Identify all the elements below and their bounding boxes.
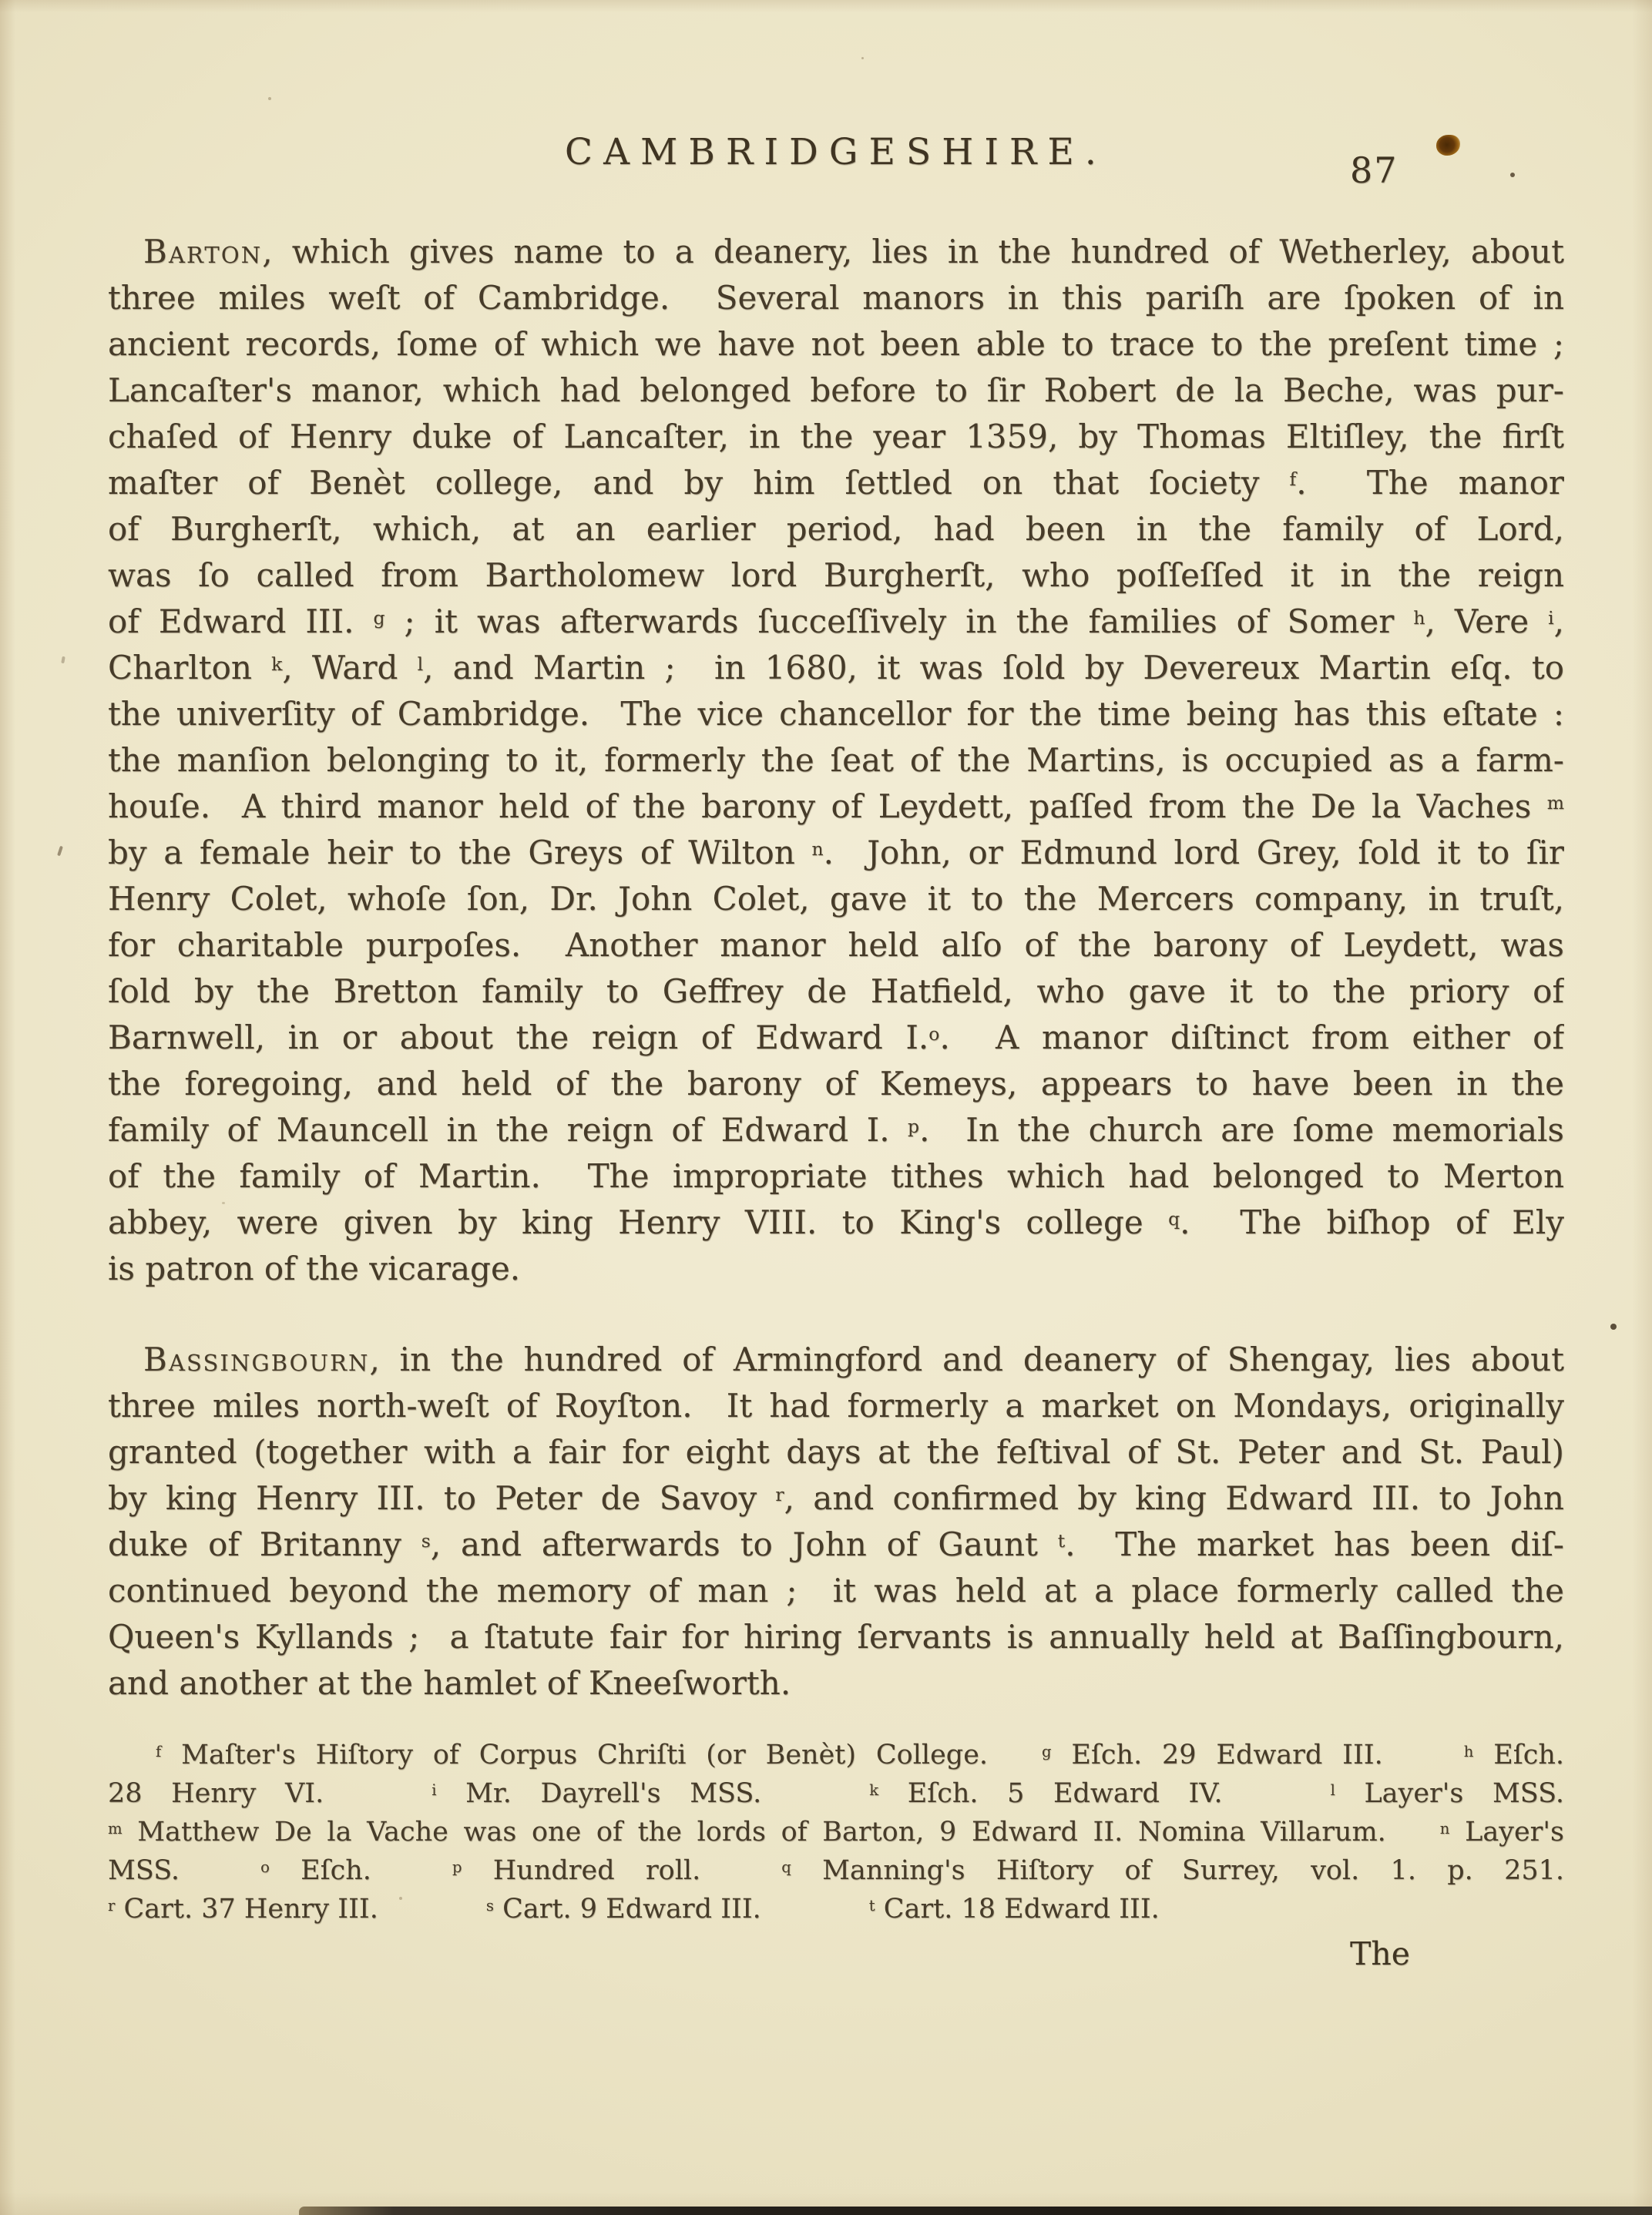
text-line: of the family of Martin. The impropriate… bbox=[108, 1153, 1564, 1200]
text-line: duke of Britanny s, and afterwards to Jo… bbox=[108, 1522, 1564, 1568]
paper-speck bbox=[1610, 1324, 1617, 1330]
text-line: ſold by the Bretton family to Geffrey de… bbox=[108, 968, 1564, 1015]
text-line: Bassingbourn, in the hundred of Armingfo… bbox=[108, 1337, 1564, 1383]
text-line: Barnwell, in or about the reign of Edwar… bbox=[108, 1015, 1564, 1061]
text-line: m Matthew De la Vache was one of the lor… bbox=[108, 1813, 1564, 1851]
paper-speck bbox=[222, 1202, 225, 1204]
body-paragraph-barton: Barton, which gives name to a deanery, l… bbox=[108, 229, 1564, 1292]
text-line: by king Henry III. to Peter de Savoy r, … bbox=[108, 1475, 1564, 1522]
text-line: continued beyond the memory of man ; it … bbox=[108, 1568, 1564, 1614]
text-line: three miles north-weſt of Royſton. It ha… bbox=[108, 1383, 1564, 1429]
text-line: granted (together with a fair for eight … bbox=[108, 1429, 1564, 1475]
page-number: 87 bbox=[1350, 149, 1442, 191]
paper-speck bbox=[1510, 173, 1515, 177]
paper-speck bbox=[861, 57, 864, 59]
text-line: the univerſity of Cambridge. The vice ch… bbox=[108, 691, 1564, 737]
text-line: ancient records, ſome of which we have n… bbox=[108, 321, 1564, 367]
book-page-scan: CAMBRIDGESHIRE. 87 Barton, which gives n… bbox=[0, 0, 1652, 2215]
text-line: r Cart. 37 Henry III. s Cart. 9 Edward I… bbox=[108, 1890, 1564, 1928]
paper-speck bbox=[268, 97, 271, 100]
text-line: and another at the hamlet of Kneeſworth. bbox=[108, 1660, 1564, 1707]
text-line: Henry Colet, whoſe ſon, Dr. John Colet, … bbox=[108, 876, 1564, 922]
running-title: CAMBRIDGESHIRE. bbox=[108, 131, 1564, 173]
text-line: abbey, were given by king Henry VIII. to… bbox=[108, 1200, 1564, 1246]
text-line: was ſo called from Bartholomew lord Burg… bbox=[108, 552, 1564, 599]
text-line: of Burgherſt, which, at an earlier perio… bbox=[108, 506, 1564, 552]
text-line: Barton, which gives name to a deanery, l… bbox=[108, 229, 1564, 275]
text-line: family of Mauncell in the reign of Edwar… bbox=[108, 1107, 1564, 1153]
text-line: chaſed of Henry duke of Lancaſter, in th… bbox=[108, 414, 1564, 460]
text-line: is patron of the vicarage. bbox=[108, 1246, 1564, 1292]
text-line: houſe. A third manor held of the barony … bbox=[108, 784, 1564, 830]
text-line: three miles weſt of Cambridge. Several m… bbox=[108, 275, 1564, 321]
scan-edge-shadow bbox=[299, 2207, 1652, 2215]
text-line: 28 Henry VI. i Mr. Dayrell's MSS. k Eſch… bbox=[108, 1774, 1564, 1813]
footnotes-block: f Maſter's Hiſtory of Corpus Chriſti (or… bbox=[108, 1736, 1564, 1928]
paper-speck bbox=[1311, 764, 1314, 767]
text-line: the manſion belonging to it, formerly th… bbox=[108, 737, 1564, 784]
paper-speck bbox=[399, 1897, 402, 1900]
text-line: for charitable purpoſes. Another manor h… bbox=[108, 922, 1564, 968]
margin-pen-mark bbox=[57, 846, 63, 857]
text-line: f Maſter's Hiſtory of Corpus Chriſti (or… bbox=[108, 1736, 1564, 1774]
text-line: the foregoing, and held of the barony of… bbox=[108, 1061, 1564, 1107]
text-line: of Edward III. g ; it was afterwards ſuc… bbox=[108, 599, 1564, 645]
text-line: MSS. o Eſch. p Hundred roll. q Manning's… bbox=[108, 1851, 1564, 1890]
text-line: Charlton k, Ward l, and Martin ; in 1680… bbox=[108, 645, 1564, 691]
body-paragraph-bassingbourn: Bassingbourn, in the hundred of Armingfo… bbox=[108, 1337, 1564, 1707]
catchword: The bbox=[1350, 1935, 1410, 1972]
text-line: Queen's Kyllands ; a ſtatute fair for hi… bbox=[108, 1614, 1564, 1660]
text-line: Lancaſter's manor, which had belonged be… bbox=[108, 367, 1564, 414]
text-line: maſter of Benèt college, and by him ſett… bbox=[108, 460, 1564, 506]
margin-pen-mark bbox=[61, 656, 65, 664]
text-line: by a female heir to the Greys of Wilton … bbox=[108, 830, 1564, 876]
